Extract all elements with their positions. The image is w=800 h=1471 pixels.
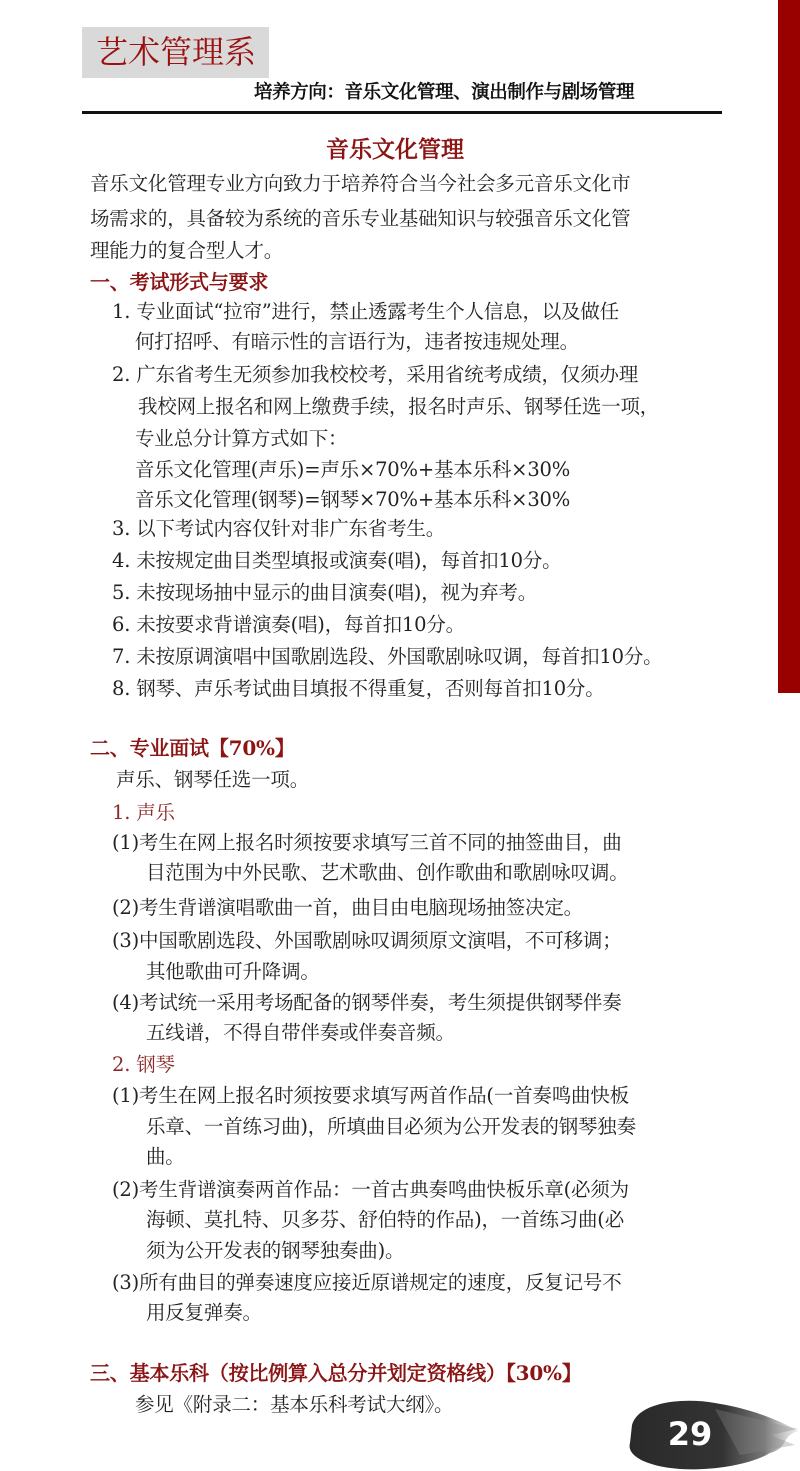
piano-item: 用反复弹奏。 [146,1298,262,1328]
vocal-item: (3)中国歌剧选段、外国歌剧咏叹调须原文演唱，不可移调； [112,926,622,956]
rule-item: 何打招呼、有暗示性的言语行为，违者按违规处理。 [135,327,579,357]
vocal-item: 目范围为中外民歌、艺术歌曲、创作歌曲和歌剧咏叹调。 [146,858,629,888]
section-heading-text: 三、基本乐科（按比例算入总分并划定资格线） [90,1361,506,1385]
intro-line: 音乐文化管理专业方向致力于培养符合当今社会多元音乐文化市 [90,169,630,199]
section-note: 参见《附录二：基本乐科考试大纲》。 [135,1390,453,1420]
vocal-item: 五线谱，不得自带伴奏或伴奏音频。 [146,1018,455,1048]
intro-line: 场需求的，具备较为系统的音乐专业基础知识与较强音乐文化管 [90,204,630,234]
weight-badge: 【70%】 [209,736,295,760]
piano-item: (2)考生背谱演奏两首作品：一首古典奏鸣曲快板乐章(必须为 [112,1175,629,1205]
document-title: 音乐文化管理 [0,134,790,166]
rule-item: 专业总分计算方式如下： [135,424,347,454]
formula-vocal: 音乐文化管理(声乐)=声乐×70%+基本乐科×30% [135,455,570,485]
piano-item: 海顿、莫扎特、贝多芬、舒伯特的作品)，一首练习曲(必 [146,1205,624,1235]
piano-item: 曲。 [146,1142,185,1172]
department-title: 艺术管理系 [96,29,256,75]
vocal-item: (1)考生在网上报名时须按要求填写三首不同的抽签曲目，曲 [112,828,622,858]
rule-item: 5. 未按现场抽中显示的曲目演奏(唱)，视为弃考。 [112,578,537,608]
rule-item: 4. 未按规定曲目类型填报或演奏(唱)，每首扣10分。 [112,546,561,576]
rule-item: 7. 未按原调演唱中国歌剧选段、外国歌剧咏叹调，每首扣10分。 [112,642,662,672]
vocal-item: (2)考生背谱演唱歌曲一首，曲目由电脑现场抽签决定。 [112,893,583,923]
decorative-side-bar [778,0,800,693]
formula-piano: 音乐文化管理(钢琴)=钢琴×70%+基本乐科×30% [135,485,570,515]
intro-line: 理能力的复合型人才。 [90,236,283,266]
vocal-item: 其他歌曲可升降调。 [146,957,320,987]
weight-badge: 【30%】 [506,1361,582,1385]
rule-item: 1. 专业面试“拉帘”进行，禁止透露考生个人信息，以及做任 [112,297,619,327]
rule-item: 6. 未按要求背谱演奏(唱)，每首扣10分。 [112,610,465,640]
section-heading-exam-format: 一、考试形式与要求 [90,267,268,297]
section-heading-text: 二、专业面试 [90,736,209,760]
piano-item: (3)所有曲目的弹奏速度应接近原谱规定的速度，反复记号不 [112,1268,622,1298]
section-note: 声乐、钢琴任选一项。 [116,765,309,795]
piano-item: (1)考生在网上报名时须按要求填写两首作品(一首奏鸣曲快板 [112,1081,629,1111]
training-direction: 培养方向：音乐文化管理、演出制作与剧场管理 [254,79,634,107]
rule-item: 我校网上报名和网上缴费手续，报名时声乐、钢琴任选一项， [138,392,659,422]
rule-item: 8. 钢琴、声乐考试曲目填报不得重复，否则每首扣10分。 [112,674,605,704]
section-heading-interview: 二、专业面试【70%】 [90,733,295,763]
rule-item: 3. 以下考试内容仅针对非广东省考生。 [112,514,445,544]
vocal-item: (4)考试统一采用考场配备的钢琴伴奏，考生须提供钢琴伴奏 [112,988,622,1018]
header-divider [82,111,722,114]
piano-item: 乐章、一首练习曲)，所填曲目必须为公开发表的钢琴独奏 [146,1112,636,1142]
section-heading-basic-music: 三、基本乐科（按比例算入总分并划定资格线）【30%】 [90,1358,582,1388]
subsection-heading-piano: 2. 钢琴 [112,1050,175,1080]
rule-item: 2. 广东省考生无须参加我校校考，采用省统考成绩，仅须办理 [112,360,638,390]
subsection-heading-vocal: 1. 声乐 [112,798,175,828]
page-number: 29 [662,1414,718,1454]
piano-item: 须为公开发表的钢琴独奏曲)。 [146,1236,404,1266]
